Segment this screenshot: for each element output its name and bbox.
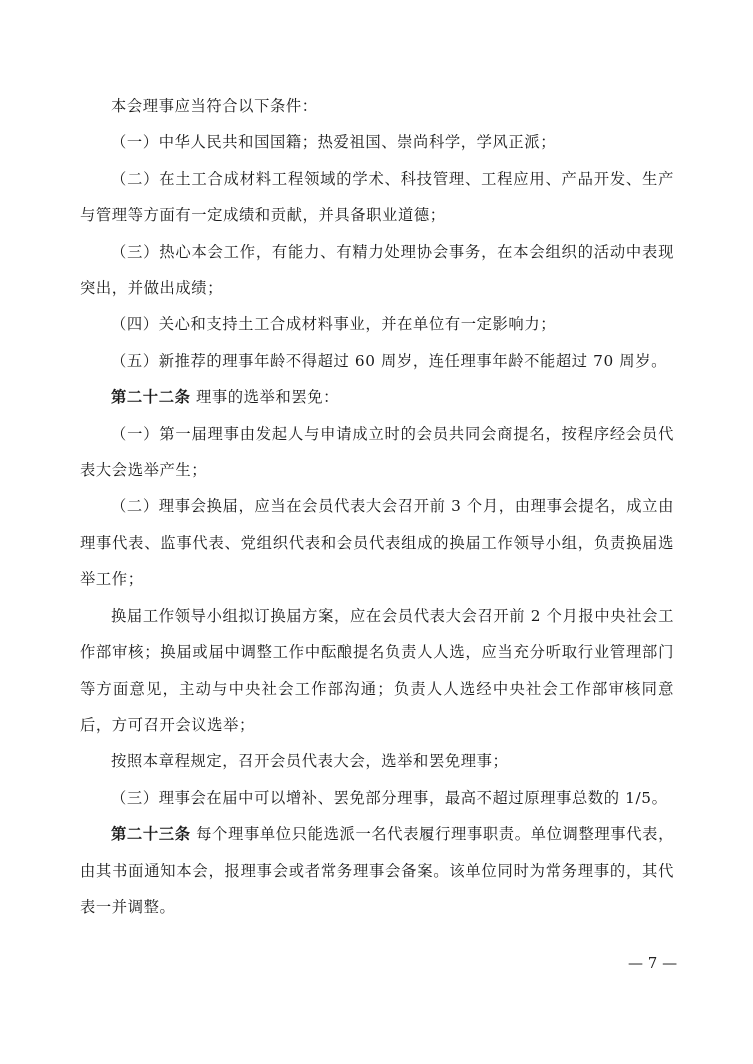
paragraph-condition-3: （三）热心本会工作，有能力、有精力处理协会事务，在本会组织的活动中表现突出，并做… [80,234,674,307]
paragraph-condition-4: （四）关心和支持土工合成材料事业，并在单位有一定影响力； [80,306,674,342]
paragraph-text: （一）中华人民共和国国籍；热爱祖国、崇尚科学，学风正派； [111,133,556,151]
page-number: — 7 — [628,954,677,972]
paragraph-election-plan: 换届工作领导小组拟订换届方案，应在会员代表大会召开前 2 个月报中央社会工作部审… [80,598,674,744]
paragraph-election-assembly: 按照本章程规定，召开会员代表大会，选举和罢免理事； [80,743,674,779]
paragraph-text: （三）理事会在届中可以增补、罢免部分理事，最高不超过原理事总数的 1/5。 [111,789,667,807]
article-heading: 第二十三条 [111,825,191,843]
paragraph-text: （四）关心和支持土工合成材料事业，并在单位有一定影响力； [111,315,556,333]
paragraph-text: （三）热心本会工作，有能力、有精力处理协会事务，在本会组织的活动中表现突出，并做… [80,243,674,297]
paragraph-condition-2: （二）在土工合成材料工程领域的学术、科技管理、工程应用、产品开发、生产与管理等方… [80,161,674,234]
paragraph-text: （二）理事会换届，应当在会员代表大会召开前 3 个月，由理事会提名，成立由理事代… [80,497,674,588]
paragraph-election-1: （一）第一届理事由发起人与申请成立时的会员共同会商提名，按程序经会员代表大会选举… [80,416,674,489]
article-heading: 第二十二条 [111,388,191,406]
paragraph-condition-5: （五）新推荐的理事年龄不得超过 60 周岁，连任理事年龄不能超过 70 周岁。 [80,343,674,379]
paragraph-text: （一）第一届理事由发起人与申请成立时的会员共同会商提名，按程序经会员代表大会选举… [80,425,674,479]
paragraph-text: 换届工作领导小组拟订换届方案，应在会员代表大会召开前 2 个月报中央社会工作部审… [80,607,674,734]
paragraph-director-conditions-intro: 本会理事应当符合以下条件： [80,88,674,124]
paragraph-text: 理事的选举和罢免： [191,388,340,406]
paragraph-election-3: （三）理事会在届中可以增补、罢免部分理事，最高不超过原理事总数的 1/5。 [80,780,674,816]
paragraph-article-22: 第二十二条 理事的选举和罢免： [80,379,674,415]
paragraph-text: 按照本章程规定，召开会员代表大会，选举和罢免理事； [111,752,508,770]
paragraph-text: （五）新推荐的理事年龄不得超过 60 周岁，连任理事年龄不能超过 70 周岁。 [111,352,667,370]
paragraph-condition-1: （一）中华人民共和国国籍；热爱祖国、崇尚科学，学风正派； [80,124,674,160]
document-page: 本会理事应当符合以下条件： （一）中华人民共和国国籍；热爱祖国、崇尚科学，学风正… [0,0,753,1064]
paragraph-text: 本会理事应当符合以下条件： [111,97,318,115]
document-body: 本会理事应当符合以下条件： （一）中华人民共和国国籍；热爱祖国、崇尚科学，学风正… [80,88,674,925]
paragraph-text: （二）在土工合成材料工程领域的学术、科技管理、工程应用、产品开发、生产与管理等方… [80,170,674,224]
paragraph-election-2: （二）理事会换届，应当在会员代表大会召开前 3 个月，由理事会提名，成立由理事代… [80,488,674,597]
paragraph-article-23: 第二十三条 每个理事单位只能选派一名代表履行理事职责。单位调整理事代表，由其书面… [80,816,674,925]
